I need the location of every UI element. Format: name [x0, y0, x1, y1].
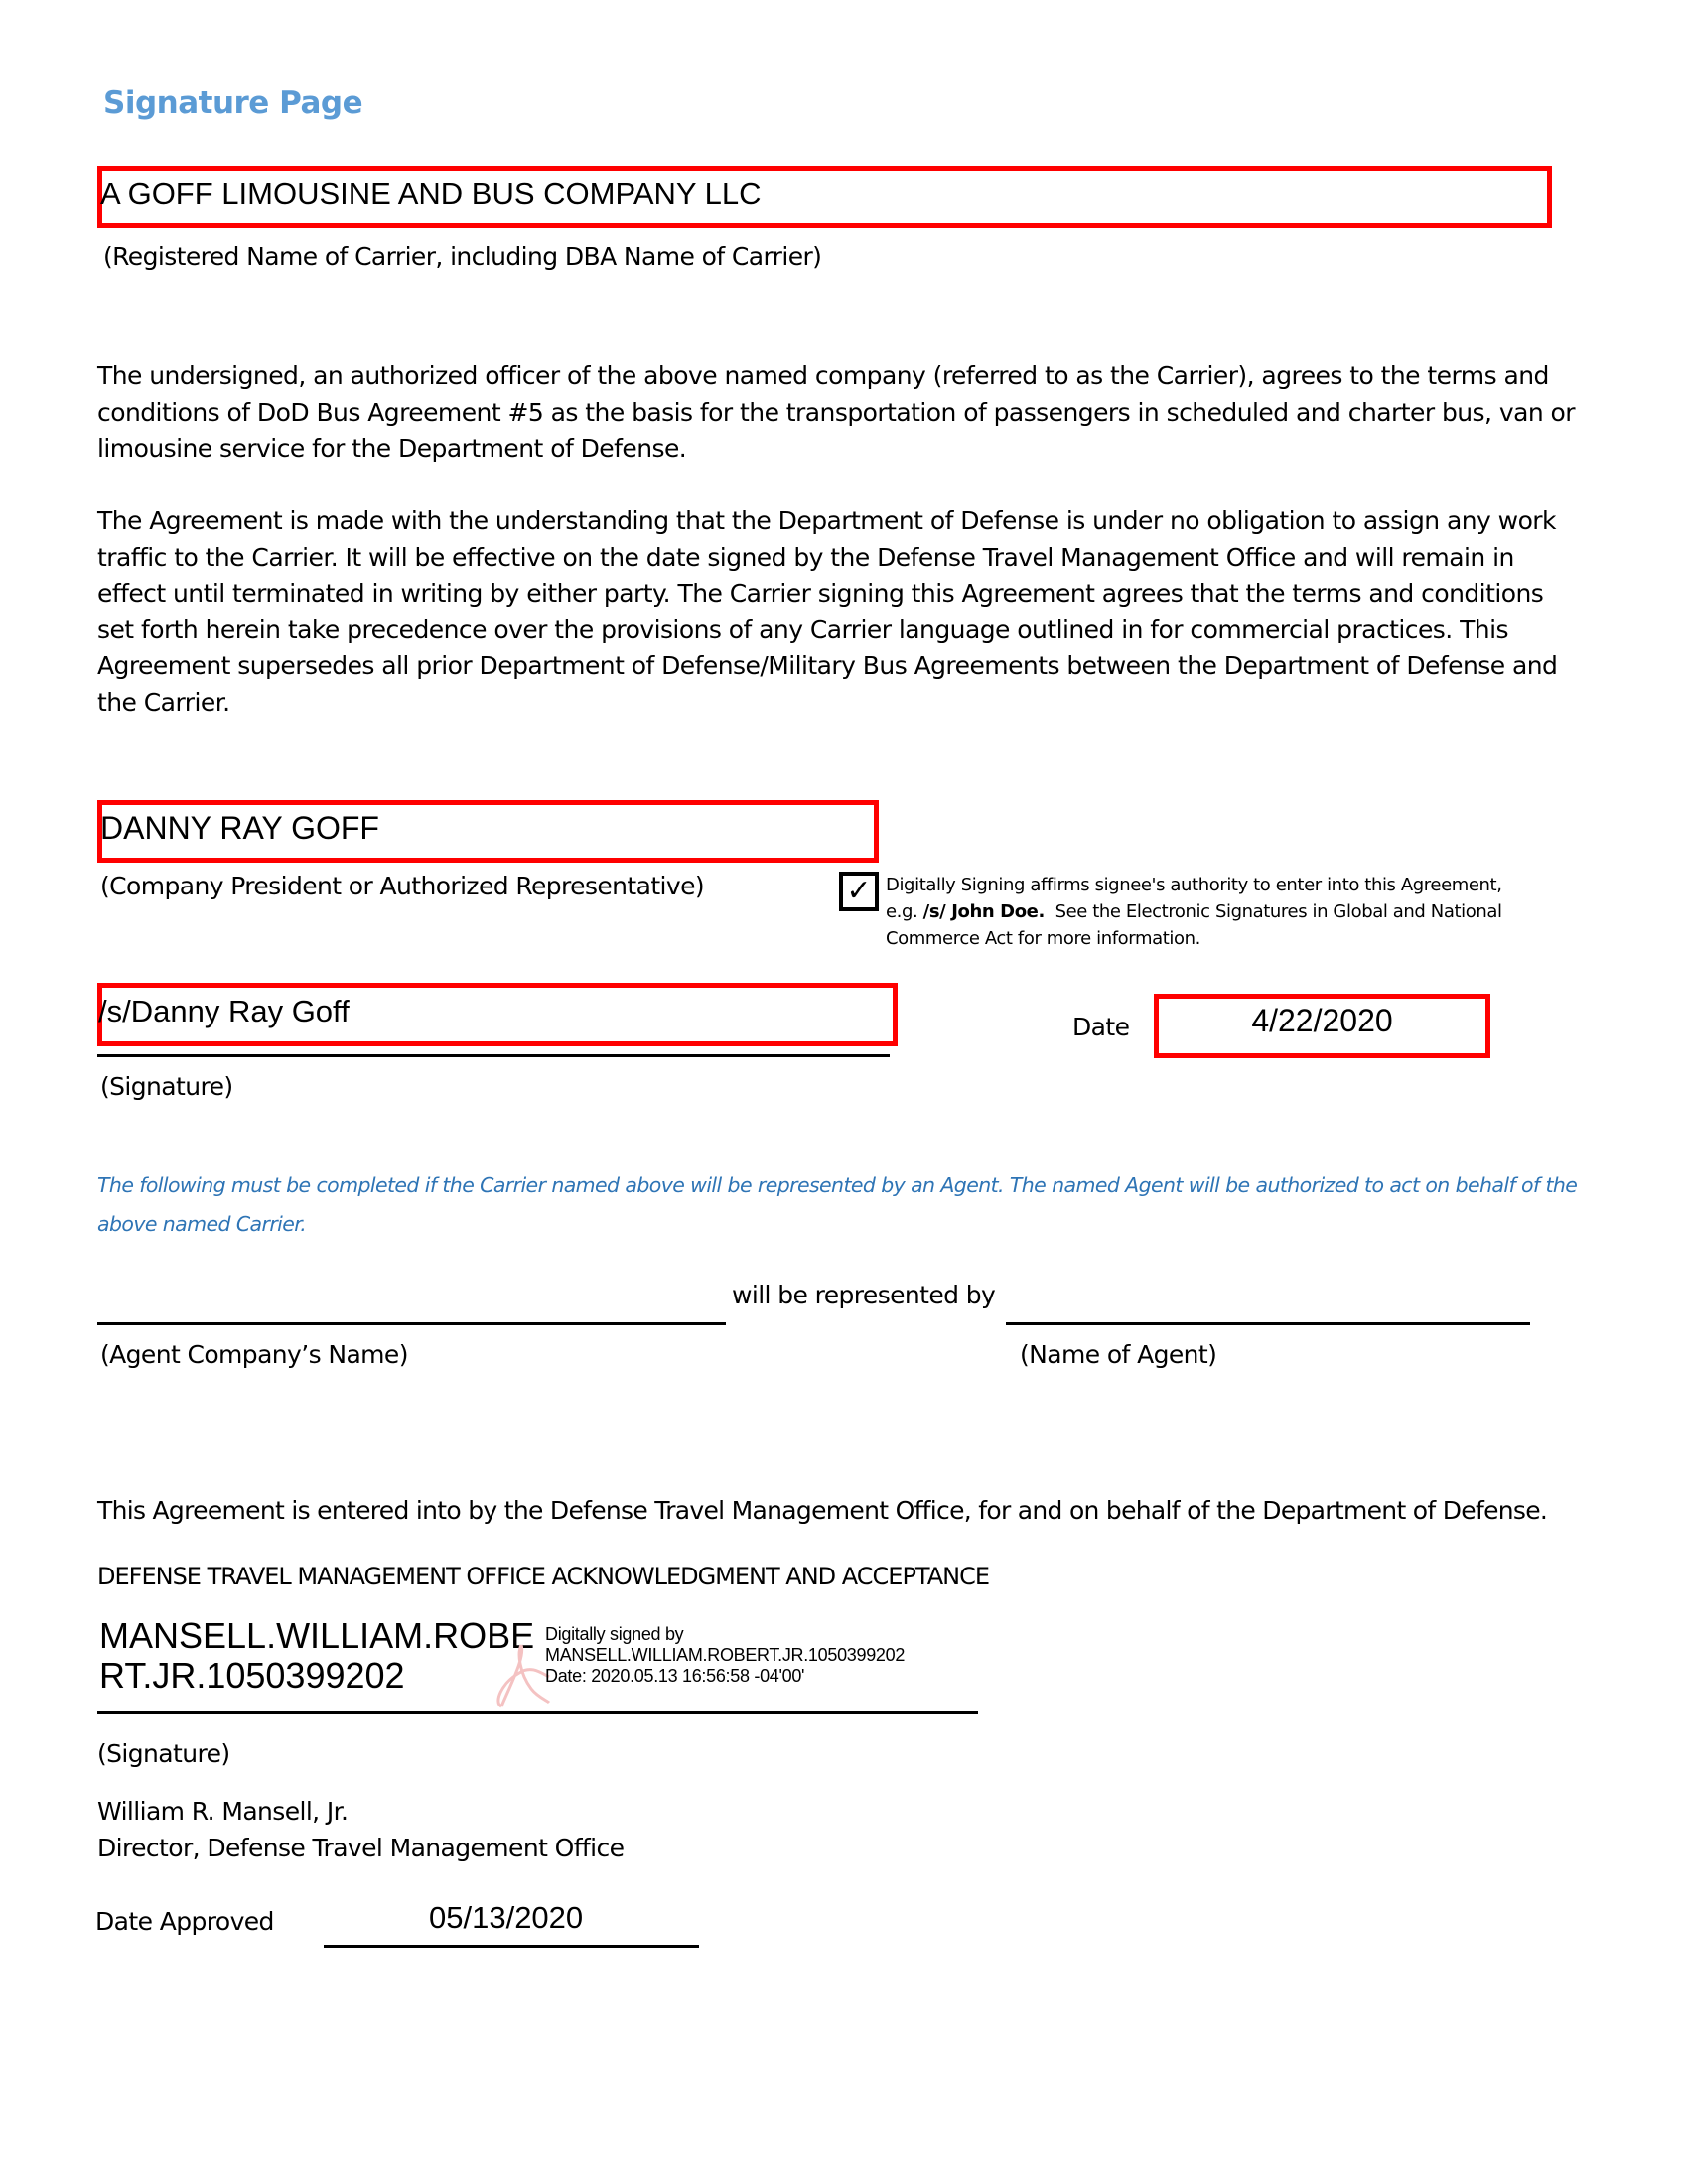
- dtmo-signature-caption: (Signature): [97, 1739, 230, 1768]
- disclaimer-line: e.g. /s/ John Doe. See the Electronic Si…: [886, 898, 1502, 925]
- carrier-date-value: 4/22/2020: [1154, 1003, 1490, 1039]
- disclaimer-prefix: e.g.: [886, 901, 923, 922]
- carrier-signature-value: /s/Danny Ray Goff: [98, 994, 350, 1029]
- signer-id-line: RT.JR.1050399202: [99, 1656, 534, 1696]
- date-approved-label: Date Approved: [95, 1907, 274, 1936]
- date-approved-value[interactable]: 05/13/2020: [429, 1900, 583, 1936]
- dtmo-heading: DEFENSE TRAVEL MANAGEMENT OFFICE ACKNOWL…: [97, 1563, 989, 1590]
- stamp-line: MANSELL.WILLIAM.ROBERT.JR.1050399202: [545, 1645, 905, 1666]
- agent-company-caption: (Agent Company’s Name): [100, 1340, 408, 1369]
- adobe-signature-icon: [492, 1643, 551, 1710]
- paragraph-text: The Agreement is made with the understan…: [97, 503, 1587, 721]
- page-title: Signature Page: [103, 85, 362, 121]
- disclaimer-suffix: See the Electronic Signatures in Global …: [1045, 901, 1502, 922]
- carrier-name-value: A GOFF LIMOUSINE AND BUS COMPANY LLC: [100, 176, 762, 211]
- paragraph-text: The undersigned, an authorized officer o…: [97, 358, 1587, 468]
- disclaimer-line: Digitally Signing affirms signee's autho…: [886, 872, 1502, 898]
- dtmo-signer-id: MANSELL.WILLIAM.ROBE RT.JR.1050399202: [99, 1616, 534, 1696]
- date-label: Date: [1072, 1013, 1129, 1041]
- represented-by-connector: will be represented by: [732, 1281, 995, 1309]
- check-icon: ✓: [846, 874, 871, 908]
- disclaimer-example: /s/ John Doe.: [923, 901, 1045, 922]
- stamp-line: Date: 2020.05.13 16:56:58 -04'00': [545, 1666, 905, 1687]
- agent-company-line[interactable]: [97, 1322, 726, 1325]
- dtmo-statement: This Agreement is entered into by the De…: [97, 1496, 1547, 1525]
- signature-underline: [97, 1054, 890, 1057]
- agent-instruction: The following must be completed if the C…: [97, 1166, 1587, 1244]
- agreement-paragraph-2: The Agreement is made with the understan…: [97, 503, 1587, 721]
- digital-signing-checkbox[interactable]: ✓: [839, 872, 879, 911]
- agreement-paragraph-1: The undersigned, an authorized officer o…: [97, 358, 1587, 468]
- dtmo-signature-line: [97, 1711, 978, 1714]
- digital-signing-disclaimer: Digitally Signing affirms signee's autho…: [886, 872, 1502, 952]
- disclaimer-line: Commerce Act for more information.: [886, 925, 1502, 952]
- agent-name-caption: (Name of Agent): [1020, 1340, 1216, 1369]
- stamp-line: Digitally signed by: [545, 1624, 905, 1645]
- dtmo-signer-title: Director, Defense Travel Management Offi…: [97, 1834, 624, 1862]
- representative-caption: (Company President or Authorized Represe…: [100, 872, 704, 900]
- carrier-signature-caption: (Signature): [100, 1072, 233, 1101]
- carrier-name-caption: (Registered Name of Carrier, including D…: [103, 242, 821, 271]
- agent-name-line[interactable]: [1006, 1322, 1530, 1325]
- signer-id-line: MANSELL.WILLIAM.ROBE: [99, 1616, 534, 1656]
- representative-name-value: DANNY RAY GOFF: [100, 810, 379, 847]
- dtmo-signer-name: William R. Mansell, Jr.: [97, 1797, 348, 1826]
- digital-signature-stamp[interactable]: Digitally signed by MANSELL.WILLIAM.ROBE…: [545, 1624, 905, 1687]
- date-approved-underline: [324, 1945, 699, 1948]
